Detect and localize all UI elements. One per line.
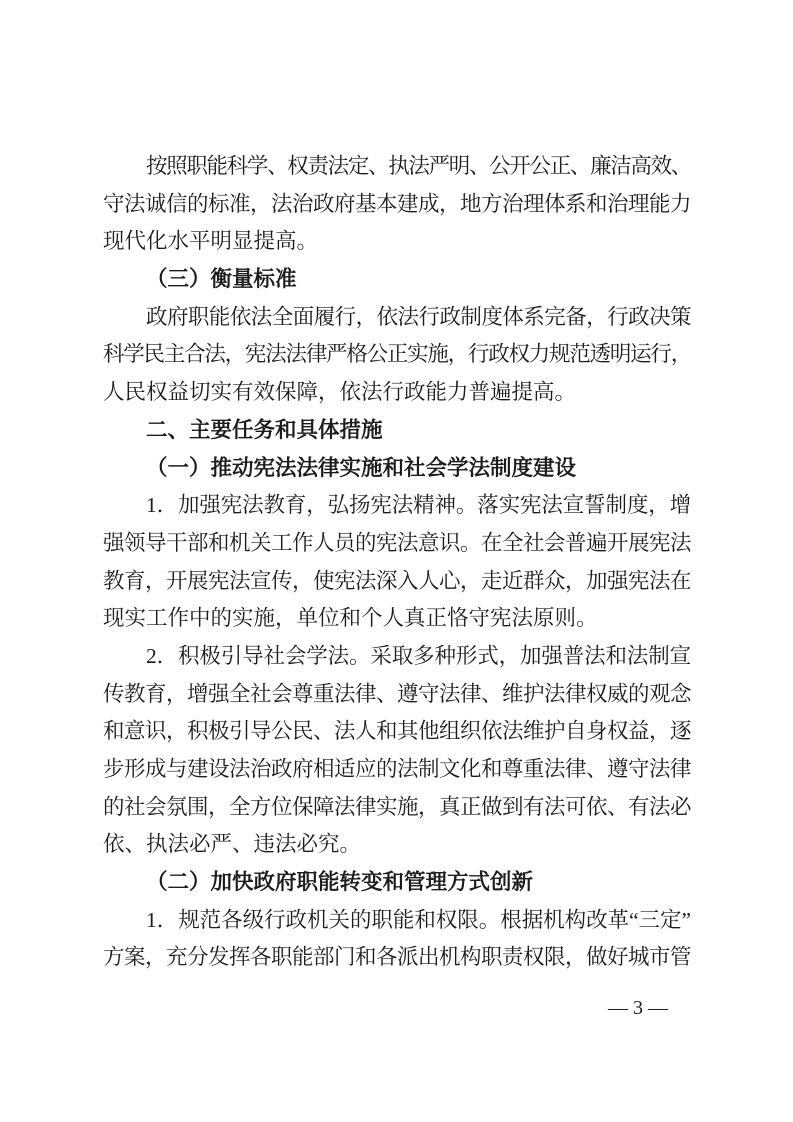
section-heading-minor: （一）推动宪法法律实施和社会学法制度建设 [103, 450, 691, 488]
body-text-line: 政府职能依法全面履行，依法行政制度体系完备，行政决策 [103, 299, 691, 337]
body-text-line: 现实工作中的实施，单位和个人真正恪守宪法原则。 [103, 600, 691, 638]
body-text-line: 科学民主合法，宪法法律严格公正实施，行政权力规范透明运行， [103, 336, 691, 374]
section-heading-minor: （二）加快政府职能转变和管理方式创新 [103, 864, 691, 902]
body-text-line: 2．积极引导社会学法。采取多种形式，加强普法和法制宣 [103, 638, 691, 676]
body-text-line: 现代化水平明显提高。 [103, 223, 691, 261]
section-heading-major: 二、主要任务和具体措施 [103, 412, 691, 450]
body-text-line: 按照职能科学、权责法定、执法严明、公开公正、廉洁高效、 [103, 148, 691, 186]
body-text-line: 依、执法必严、违法必究。 [103, 826, 691, 864]
body-text-line: 步形成与建设法治政府相适应的法制文化和尊重法律、遵守法律 [103, 751, 691, 789]
body-text-line: 的社会氛围，全方位保障法律实施，真正做到有法可依、有法必 [103, 789, 691, 827]
document-body: 按照职能科学、权责法定、执法严明、公开公正、廉洁高效、守法诚信的标准，法治政府基… [103, 148, 691, 977]
body-text-line: 1．加强宪法教育，弘扬宪法精神。落实宪法宣誓制度，增 [103, 487, 691, 525]
body-text-line: 和意识，积极引导公民、法人和其他组织依法维护自身权益，逐 [103, 713, 691, 751]
body-text-line: 人民权益切实有效保障，依法行政能力普遍提高。 [103, 374, 691, 412]
body-text-line: 教育，开展宪法宣传，使宪法深入人心，走近群众，加强宪法在 [103, 563, 691, 601]
section-heading-minor: （三）衡量标准 [103, 261, 691, 299]
page-number: — 3 — [598, 993, 678, 1023]
body-text-line: 守法诚信的标准，法治政府基本建成，地方治理体系和治理能力 [103, 186, 691, 224]
body-text-line: 传教育，增强全社会尊重法律、遵守法律、维护法律权威的观念 [103, 676, 691, 714]
body-text-line: 方案，充分发挥各职能部门和各派出机构职责权限，做好城市管 [103, 939, 691, 977]
body-text-line: 1．规范各级行政机关的职能和权限。根据机构改革“三定” [103, 902, 691, 940]
body-text-line: 强领导干部和机关工作人员的宪法意识。在全社会普遍开展宪法 [103, 525, 691, 563]
document-page: 按照职能科学、权责法定、执法严明、公开公正、廉洁高效、守法诚信的标准，法治政府基… [0, 0, 793, 1122]
